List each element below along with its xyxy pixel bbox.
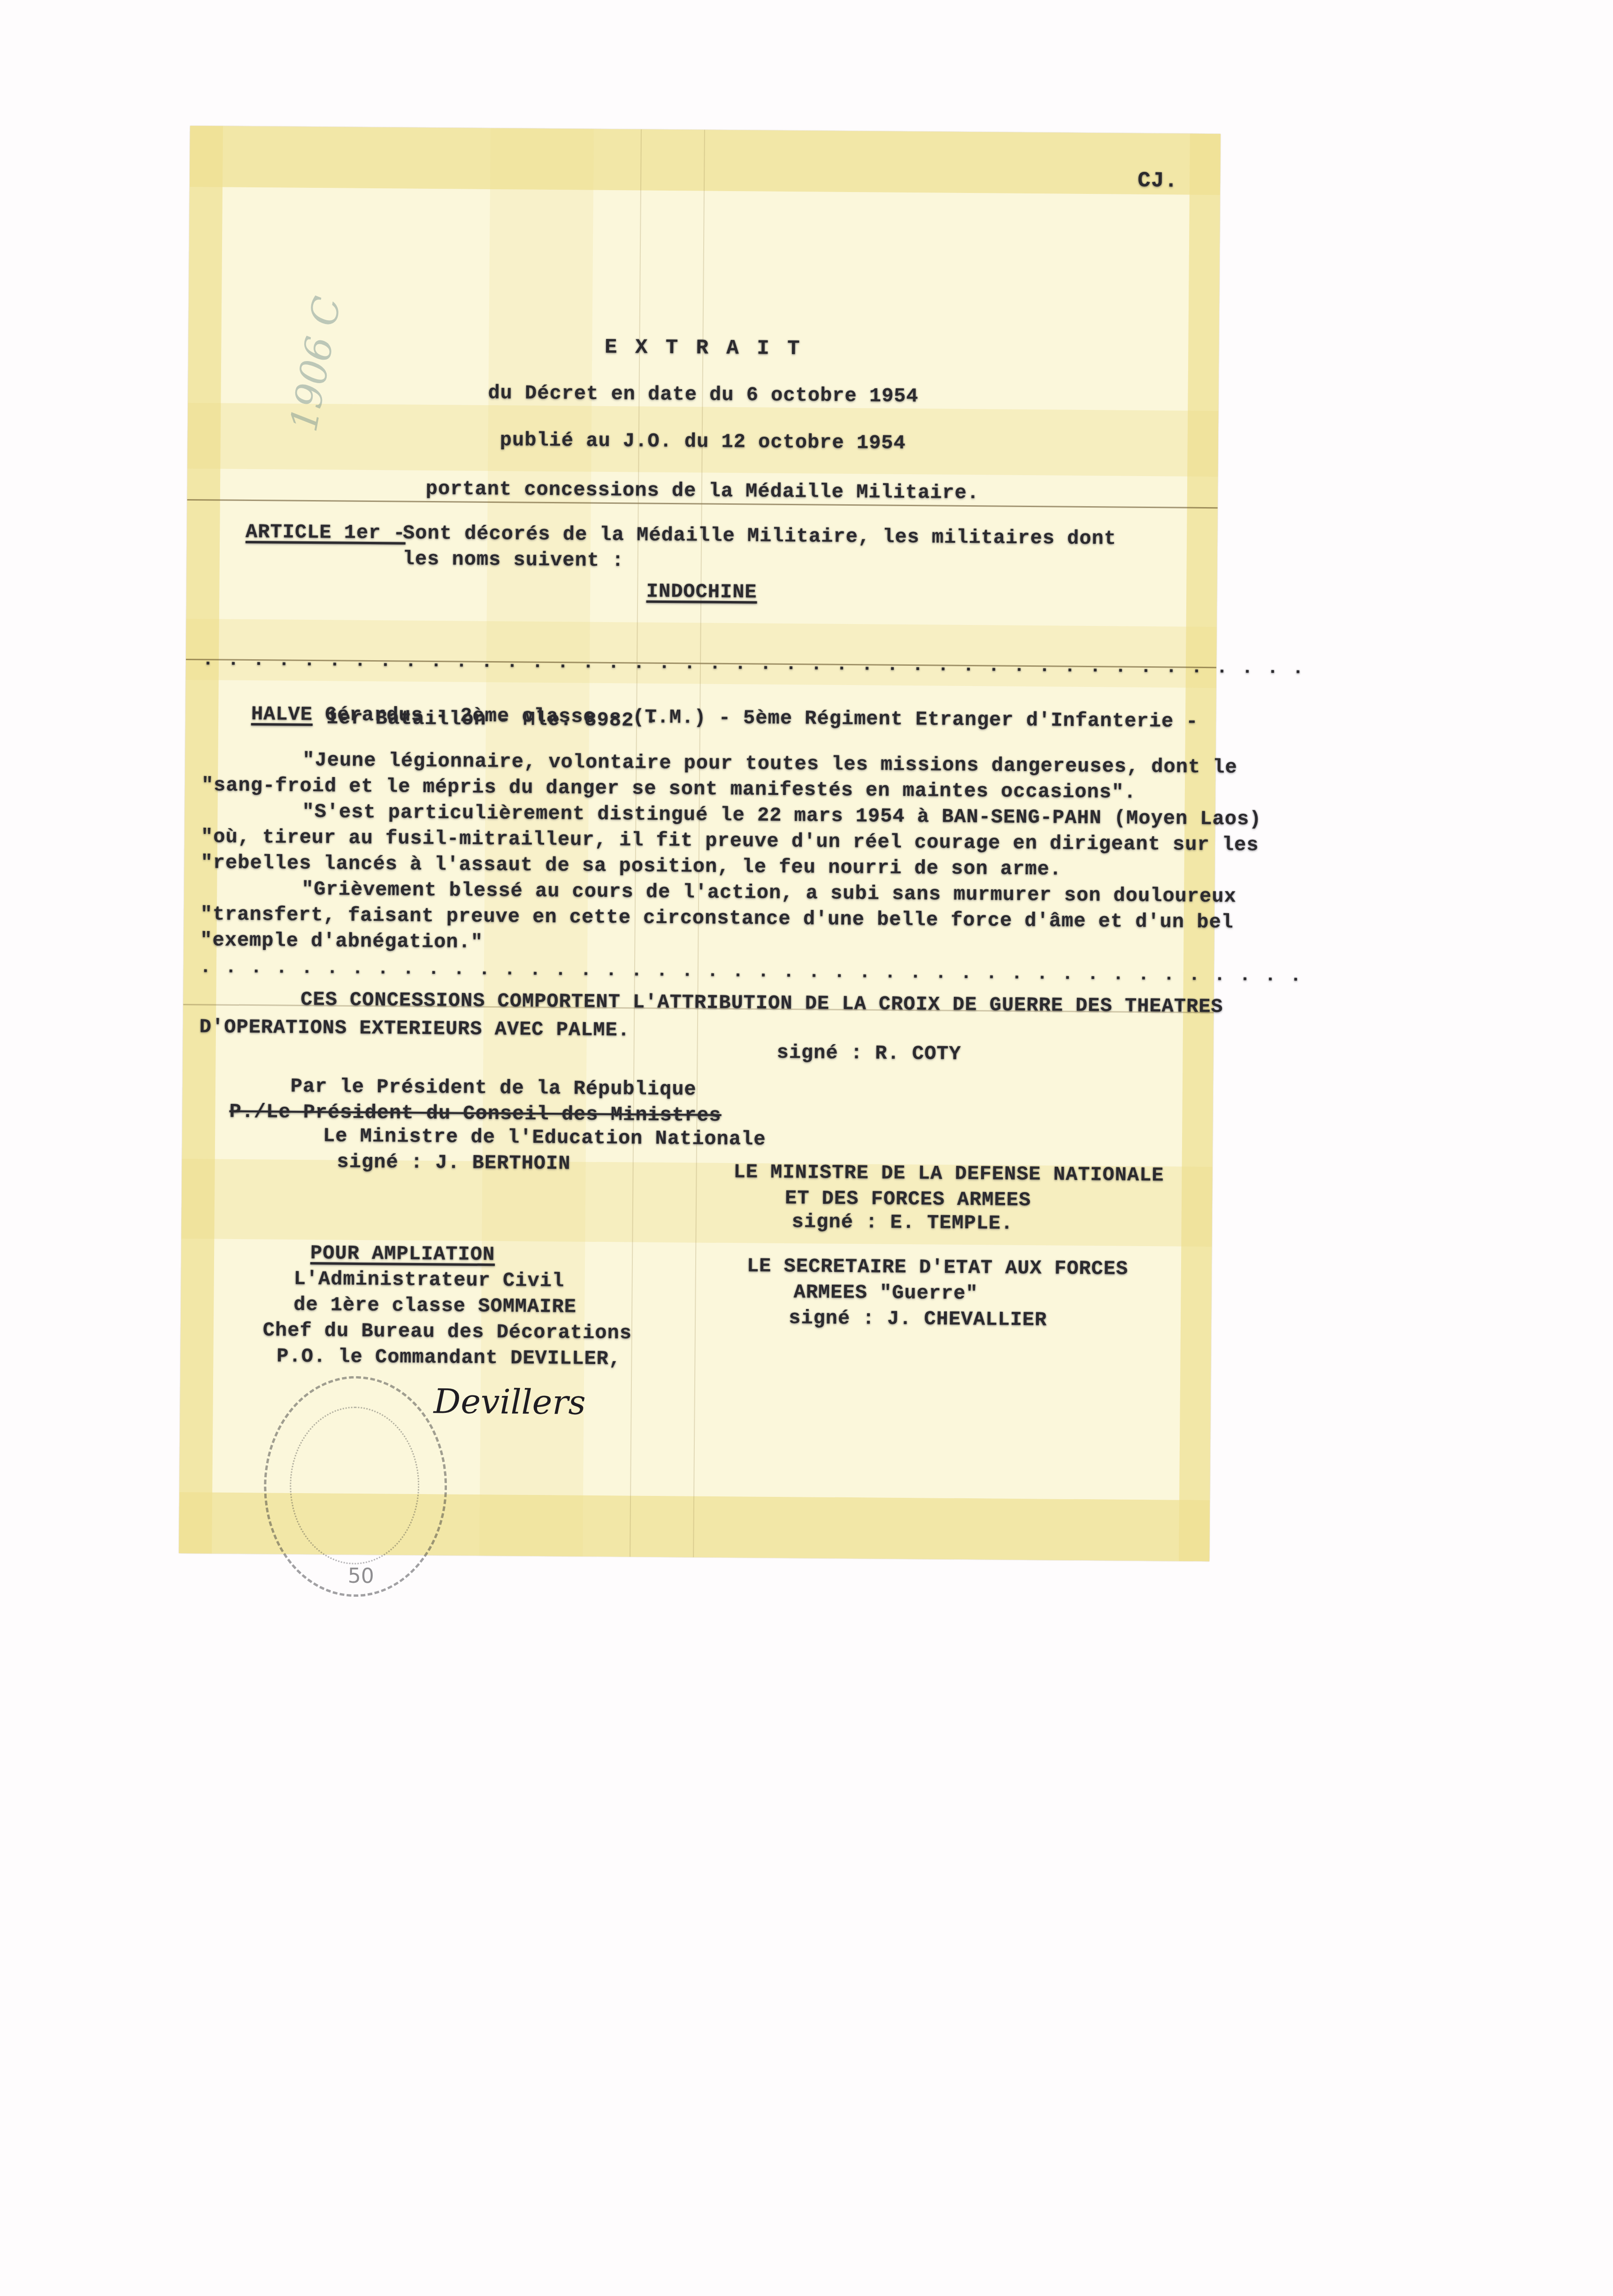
president-signature-line: signé : R. COTY <box>776 1041 961 1065</box>
secretary-line: LE SECRETAIRE D'ETAT AUX FORCES <box>747 1255 1129 1280</box>
document-sheet: CJ. 1906 C E X T R A I T du Décret en da… <box>179 126 1221 1561</box>
left-signatory-line: Par le Président de la République <box>291 1075 697 1101</box>
stamp-number: 50 <box>348 1564 374 1588</box>
secretary-line: ARMEES "Guerre" <box>793 1281 978 1305</box>
left-signatory-line: Le Ministre de l'Education Nationale <box>323 1125 766 1150</box>
official-stamp: 50 <box>263 1375 448 1597</box>
citation-line: "exemple d'abnégation." <box>200 929 483 954</box>
recipient-unit: 1er Bataillon - Mle. 8982 - <box>326 707 659 732</box>
concession-line: D'OPERATIONS EXTERIEURS AVEC PALME. <box>200 1016 630 1041</box>
ampliation-line: L'Administrateur Civil <box>294 1268 565 1293</box>
defense-minister-signature: signé : E. TEMPLE. <box>792 1210 1014 1235</box>
recipient-surname: HALVE <box>251 703 313 726</box>
ampliation-line: de 1ère classe SOMMAIRE <box>293 1294 576 1318</box>
ampliation-line: Chef du Bureau des Décorations <box>263 1319 632 1344</box>
ampliation-heading: POUR AMPLIATION <box>310 1242 495 1266</box>
left-signatory-line: signé : J. BERTHOIN <box>337 1151 570 1175</box>
article-label: ARTICLE 1er - <box>246 521 406 545</box>
secretary-signature: signé : J. CHEVALLIER <box>789 1307 1047 1331</box>
ampliation-line: P.O. le Commandant DEVILLER, <box>277 1345 621 1371</box>
tape-strip-top <box>190 126 1221 195</box>
left-signatory-line-struck: P./Le Président du Conseil des Ministres <box>229 1101 722 1127</box>
article-text-cont: les noms suivent : <box>403 548 624 572</box>
handwritten-signature: Devillers <box>433 1381 586 1422</box>
corner-mark: CJ. <box>1137 169 1178 193</box>
stamp-inner-ring <box>289 1406 420 1565</box>
defense-minister-line: LE MINISTRE DE LA DEFENSE NATIONALE <box>733 1161 1164 1187</box>
defense-minister-line: ET DES FORCES ARMEES <box>785 1187 1031 1211</box>
